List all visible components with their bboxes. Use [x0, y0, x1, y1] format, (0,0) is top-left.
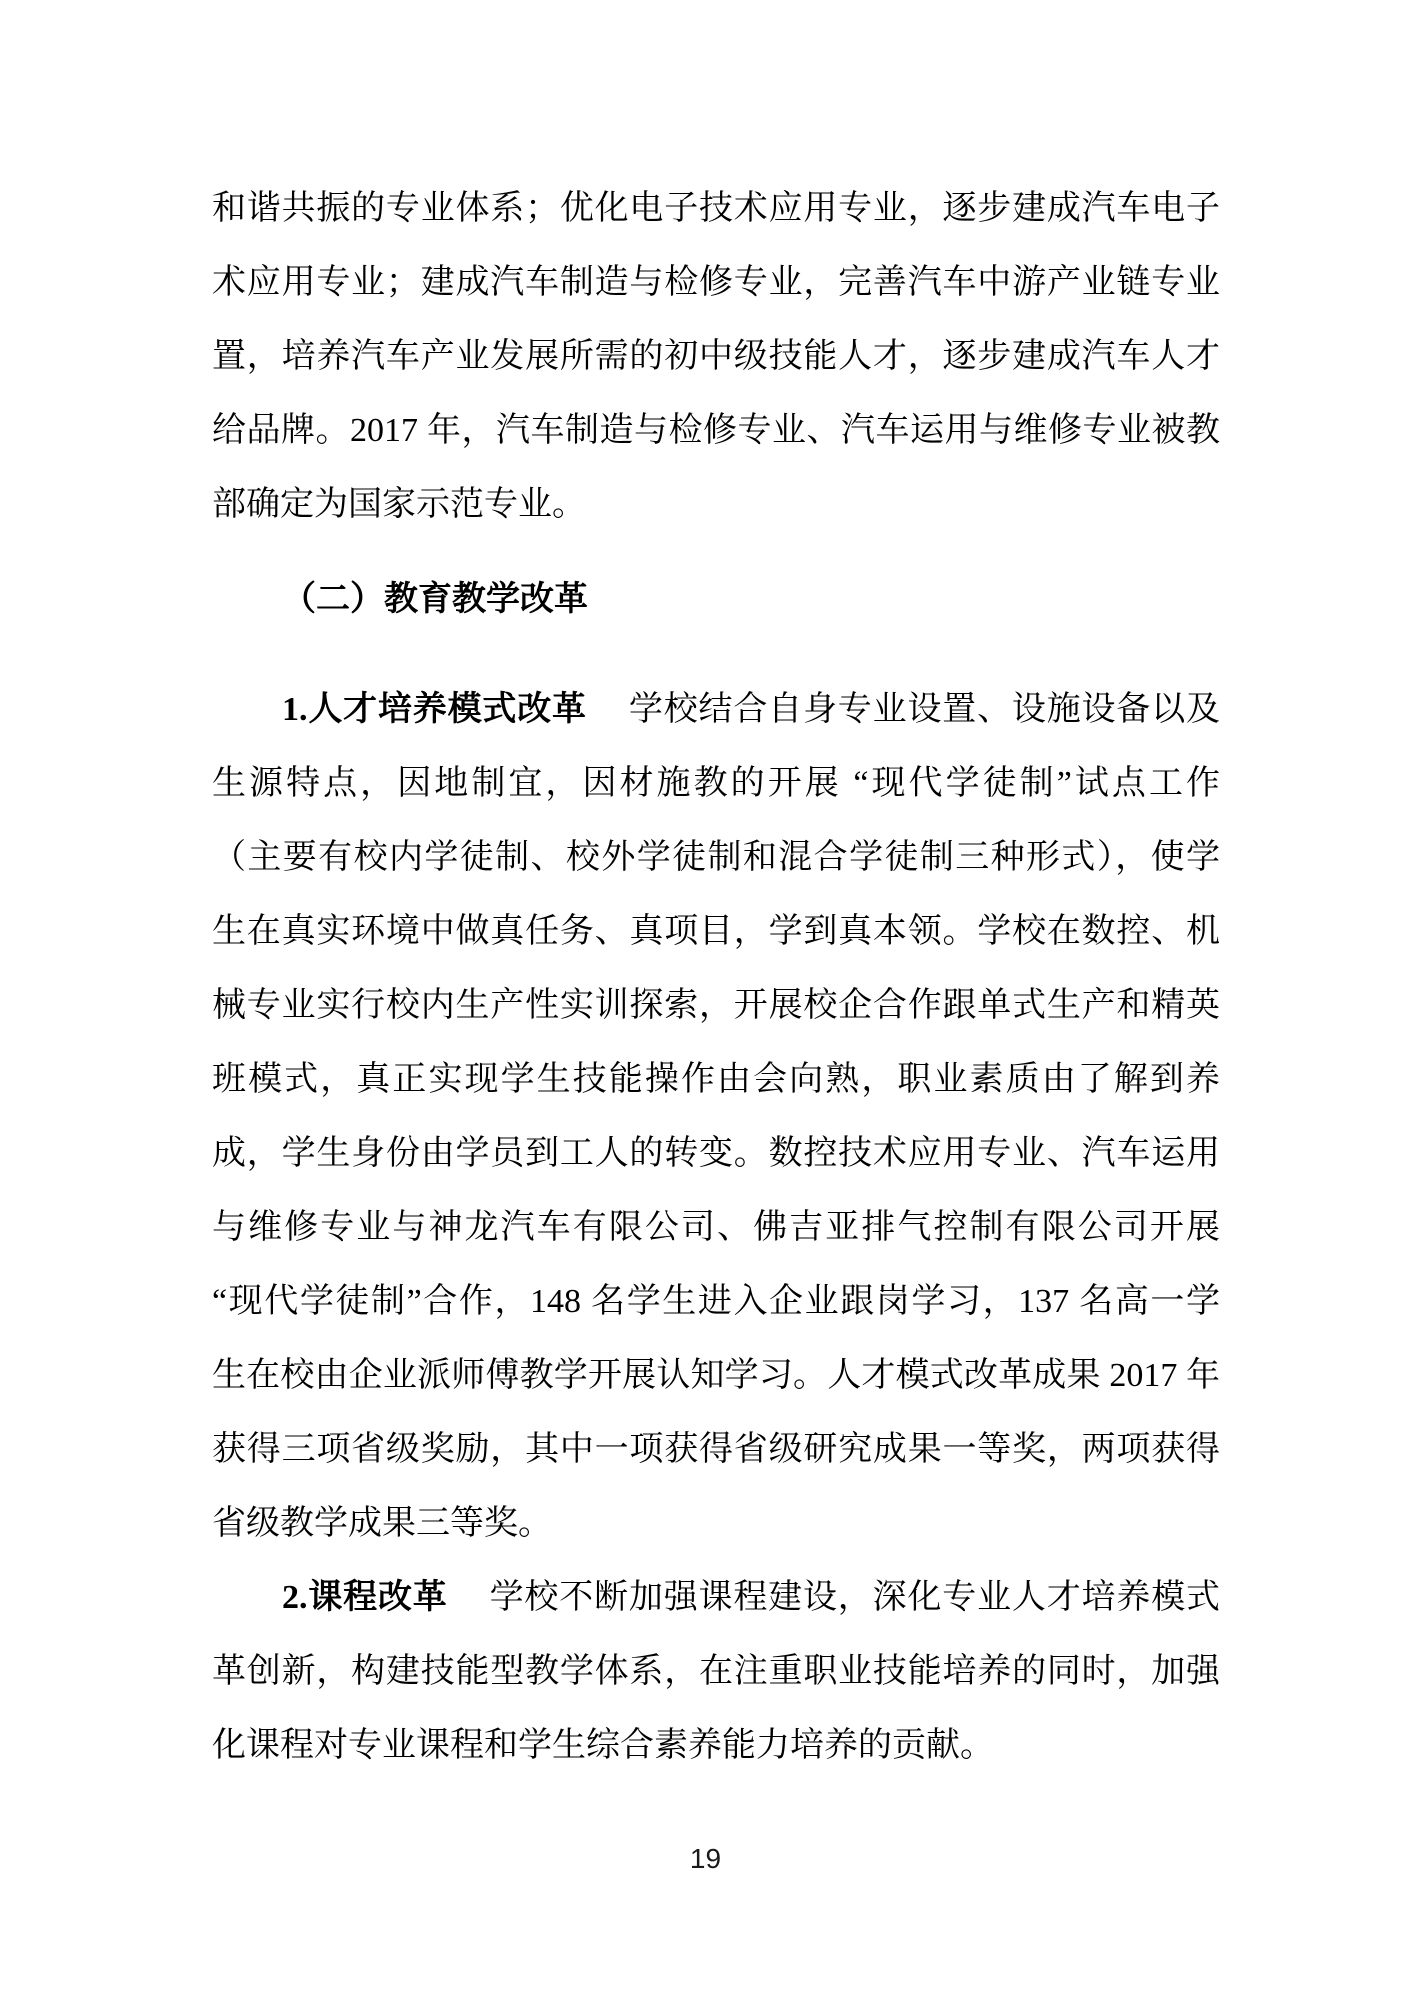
text-line: 生源特点，因地制宜，因材施教的开展 “现代学徒制”试点工作 — [212, 747, 1220, 821]
text-line: 与维修专业与神龙汽车有限公司、佛吉亚排气控制有限公司开展 — [212, 1191, 1220, 1265]
numbered-run-in-heading: 2.课程改革 — [282, 1579, 448, 1616]
text-line: 获得三项省级奖励，其中一项获得省级研究成果一等奖，两项获得 — [212, 1413, 1220, 1487]
text-line: 成，学生身份由学员到工人的转变。数控技术应用专业、汽车运用 — [212, 1117, 1220, 1191]
text-line: 2.课程改革学校不断加强课程建设，深化专业人才培养模式改 — [212, 1561, 1220, 1635]
text-line: 械专业实行校内生产性实训探索，开展校企合作跟单式生产和精英 — [212, 969, 1220, 1043]
text-line: 置，培养汽车产业发展所需的初中级技能人才，逐步建成汽车人才供 — [212, 320, 1220, 394]
page-number: 19 — [0, 1843, 1411, 1875]
text-line: 班模式，真正实现学生技能操作由会向熟，职业素质由了解到养 — [212, 1043, 1220, 1117]
text-line: 和谐共振的专业体系；优化电子技术应用专业，逐步建成汽车电子技 — [212, 172, 1220, 246]
text-line: 给品牌。2017 年，汽车制造与检修专业、汽车运用与维修专业被教育 — [212, 394, 1220, 468]
text-line: 部确定为国家示范专业。 — [212, 468, 1220, 542]
text-line: 省级教学成果三等奖。 — [212, 1487, 1220, 1561]
text-line: “现代学徒制”合作，148 名学生进入企业跟岗学习，137 名高一学 — [212, 1265, 1220, 1339]
text-line: 化课程对专业课程和学生综合素养能力培养的贡献。 — [212, 1709, 1220, 1783]
document-page: 和谐共振的专业体系；优化电子技术应用专业，逐步建成汽车电子技 术应用专业；建成汽… — [0, 0, 1411, 1995]
paragraph-talent-training-reform: 1.人才培养模式改革学校结合自身专业设置、设施设备以及 生源特点，因地制宜，因材… — [212, 673, 1220, 1561]
text-line: 革创新，构建技能型教学体系，在注重职业技能培养的同时，加强文 — [212, 1635, 1220, 1709]
text-line: 术应用专业；建成汽车制造与检修专业，完善汽车中游产业链专业设 — [212, 246, 1220, 320]
page-body: 和谐共振的专业体系；优化电子技术应用专业，逐步建成汽车电子技 术应用专业；建成汽… — [212, 172, 1220, 1783]
text-run: 学校结合自身专业设置、设施设备以及 — [629, 691, 1220, 728]
text-line: 生在真实环境中做真任务、真项目，学到真本领。学校在数控、机 — [212, 895, 1220, 969]
section-heading: （二）教育教学改革 — [212, 563, 1220, 637]
text-line: 1.人才培养模式改革学校结合自身专业设置、设施设备以及 — [212, 673, 1220, 747]
paragraph-curriculum-reform: 2.课程改革学校不断加强课程建设，深化专业人才培养模式改 革创新，构建技能型教学… — [212, 1561, 1220, 1783]
text-line: 生在校由企业派师傅教学开展认知学习。人才模式改革成果 2017 年 — [212, 1339, 1220, 1413]
numbered-run-in-heading: 1.人才培养模式改革 — [282, 691, 587, 728]
paragraph-continuation: 和谐共振的专业体系；优化电子技术应用专业，逐步建成汽车电子技 术应用专业；建成汽… — [212, 172, 1220, 542]
text-line: （主要有校内学徒制、校外学徒制和混合学徒制三种形式），使学 — [212, 821, 1220, 895]
